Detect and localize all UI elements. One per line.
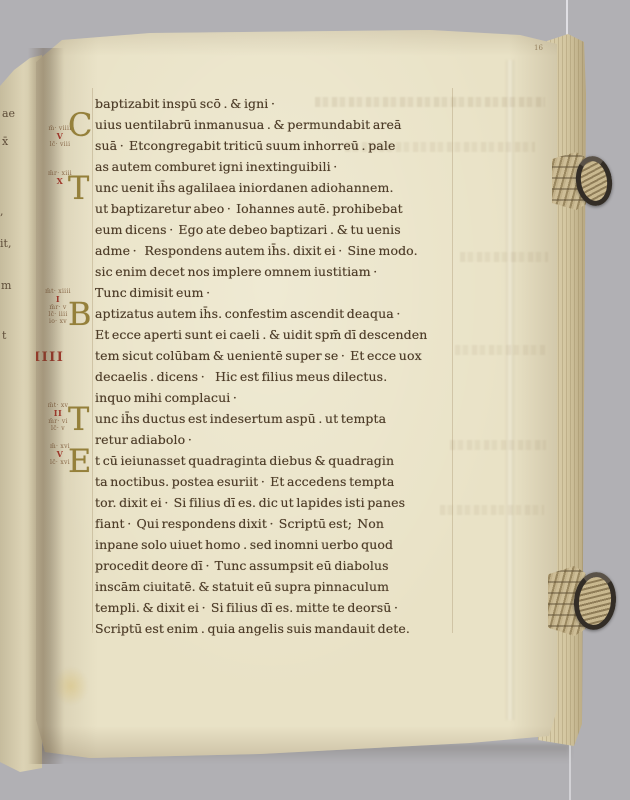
text-line: templi. & dixit ei · Si filius dī es. mi… bbox=[95, 597, 471, 618]
text-line: unc ih̄s ductus est indesertum aspū . ut… bbox=[95, 408, 471, 429]
initial-letter: T bbox=[68, 172, 89, 204]
initial-letter: C bbox=[68, 109, 93, 141]
paragraph: C uius uentilabrū inmanusua . & permunda… bbox=[95, 114, 471, 177]
edge-text-fragment: x̄ bbox=[2, 136, 8, 147]
facing-page-edge: ae x̄ , it, m t bbox=[0, 55, 42, 775]
mounting-thread-top bbox=[566, 0, 568, 36]
text-line: suā · Etcongregabit triticū suum inhorre… bbox=[95, 135, 471, 156]
text-line: Tunc dimisit eum · bbox=[95, 282, 471, 303]
edge-text-fragment: it, bbox=[0, 238, 11, 249]
ruling-line-left bbox=[92, 88, 93, 633]
paragraph: B aptizatus autem ih̄s. confestim ascend… bbox=[95, 303, 471, 408]
manuscript-page: 16 m̄· viiii V lc̄· viii m̄r· xiii X m̄t… bbox=[36, 30, 557, 758]
text-line: eum dicens · Ego ate debeo baptizari . &… bbox=[95, 219, 471, 240]
text-line: baptizabit inspū scō . & igni · bbox=[95, 93, 471, 114]
text-line: retur adiabolo · bbox=[95, 429, 471, 450]
text-line: as autem comburet igni inextinguibili · bbox=[95, 156, 471, 177]
folio-number: 16 bbox=[534, 44, 543, 52]
text-line: fiant · Qui respondens dixit · Scriptū e… bbox=[95, 513, 471, 534]
initial-letter: B bbox=[68, 298, 92, 330]
text-line: t cū ieiunasset quadraginta diebus & qua… bbox=[95, 450, 471, 471]
text-line: aptizatus autem ih̄s. confestim ascendit… bbox=[95, 303, 471, 324]
initial-letter: E bbox=[68, 445, 91, 477]
edge-text-fragment: t bbox=[2, 330, 6, 341]
text-line: tem sicut colūbam & uenientē super se · … bbox=[95, 345, 471, 366]
text-line: inpane solo uiuet homo . sed inomni uerb… bbox=[95, 534, 471, 555]
paragraph: baptizabit inspū scō . & igni · bbox=[95, 93, 471, 114]
mounting-thread-bottom bbox=[569, 738, 571, 800]
edge-text-fragment: , bbox=[0, 206, 4, 217]
initial-letter: T bbox=[68, 403, 89, 435]
parchment-stain bbox=[48, 660, 94, 712]
parchment-fold bbox=[506, 60, 514, 720]
text-line: inscām ciuitatē. & statuit eū supra pinn… bbox=[95, 576, 471, 597]
text-line: uius uentilabrū inmanusua . & permundabi… bbox=[95, 114, 471, 135]
photo-background: ae x̄ , it, m t 16 m̄· viiii V lc̄· viii… bbox=[0, 0, 630, 800]
edge-text-fragment: ae bbox=[2, 108, 15, 119]
text-block: baptizabit inspū scō . & igni · C uius u… bbox=[95, 93, 471, 639]
paragraph: T unc ih̄s ductus est indesertum aspū . … bbox=[95, 408, 471, 450]
text-line: decaelis . dicens · Hic est filius meus … bbox=[95, 366, 471, 387]
paragraph: E t cū ieiunasset quadraginta diebus & q… bbox=[95, 450, 471, 639]
text-line: ut baptizaretur abeo · Iohannes autē. pr… bbox=[95, 198, 471, 219]
text-line: ta noctibus. postea esuriit · Et acceden… bbox=[95, 471, 471, 492]
text-line: Et ecce aperti sunt ei caeli . & uidit s… bbox=[95, 324, 471, 345]
text-line: inquo mihi complacui · bbox=[95, 387, 471, 408]
paragraph: T unc uenit ih̄s agalilaea iniordanen ad… bbox=[95, 177, 471, 303]
book-clasp-bottom bbox=[548, 558, 614, 646]
text-line: procedit deore dī · Tunc assumpsit eū di… bbox=[95, 555, 471, 576]
book-clasp-top bbox=[552, 146, 614, 222]
edge-text-fragment: m bbox=[1, 280, 11, 291]
text-line: tor. dixit ei · Si filius dī es. dic ut … bbox=[95, 492, 471, 513]
bleedthrough-text bbox=[460, 252, 548, 262]
chapter-numeral: IIII bbox=[34, 350, 64, 365]
text-line: Scriptū est enim . quia angelis suis man… bbox=[95, 618, 471, 639]
text-line: unc uenit ih̄s agalilaea iniordanen adio… bbox=[95, 177, 471, 198]
text-line: adme · Respondens autem ih̄s. dixit ei ·… bbox=[95, 240, 471, 261]
text-line: sic enim decet nos implere omnem iustiti… bbox=[95, 261, 471, 282]
